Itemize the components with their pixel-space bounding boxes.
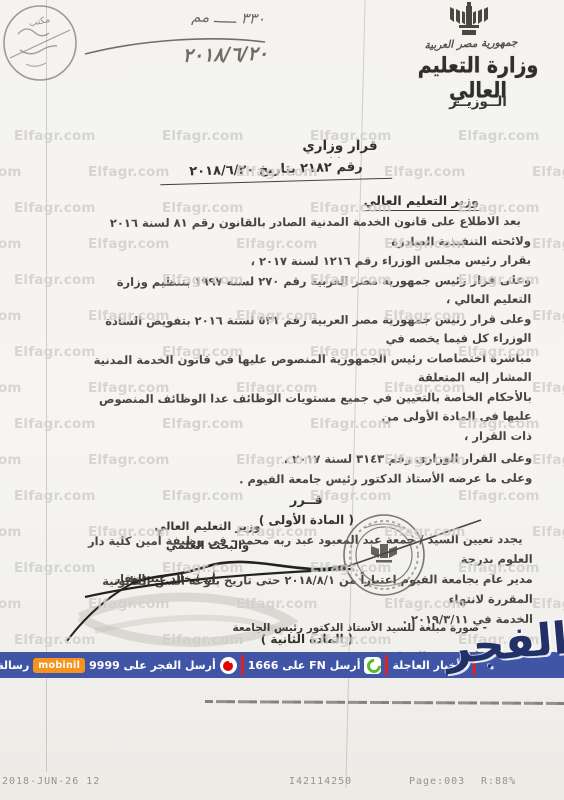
vodafone-sms-label: أرسل الفجر على 9999 (89, 659, 216, 672)
ticker-separator (241, 655, 244, 675)
preamble-line: بعد الاطلاع على قانون الخدمة المدنية الص… (79, 212, 531, 253)
elfagr-logo: الفجر (472, 594, 564, 698)
watermark-text: Elfagr.com (88, 164, 170, 180)
preamble-line: ذات القرار ، (80, 426, 532, 448)
watermark-text: Elfagr.com (532, 380, 564, 396)
preamble-line: وعلى قرار رئيس جمهورية مصر العربية رقم ٥… (79, 309, 531, 350)
watermark-text: Elfagr.com (384, 164, 466, 180)
office-stamp-text: مكتب (28, 15, 51, 29)
watermark-text: Elfagr.com (0, 596, 22, 612)
watermark-text: Elfagr.com (532, 164, 564, 180)
preamble-line: بالأحكام الخاصة بالتعيين في جميع مستويات… (80, 387, 532, 428)
ministry-seal-stamp (335, 508, 485, 608)
minister-signature (55, 545, 365, 650)
watermark-text: Elfagr.com (0, 524, 22, 540)
etisalat-icon (364, 657, 381, 674)
watermark-text: Elfagr.com (532, 308, 564, 324)
decree-number-line: رقم ٢١٨٢ بتاريخ ٢٠١٨/٦/٢٠ (160, 159, 392, 185)
watermark-text: Elfagr.com (0, 452, 22, 468)
etisalat-sms-label: أرسل FN على 1666 (248, 659, 361, 672)
watermark-text: Elfagr.com (162, 128, 244, 144)
scanned-decree-page: Elfagr.comElfagr.comElfagr.comElfagr.com… (0, 0, 564, 800)
handwritten-date: ٢٠١٨/٦/٢٠ (88, 43, 269, 70)
signatory-name: أ.د / خالد عبد الغفار (103, 573, 227, 585)
republic-name: جمهورية مصر العربية (415, 36, 527, 52)
watermark-text: Elfagr.com (14, 128, 96, 144)
watermark-text: Elfagr.com (532, 524, 564, 540)
preamble-line: بقرار رئيس مجلس الوزراء رقم ١٢١٦ لسنة ٢٠… (79, 251, 531, 273)
signatory-title-line1: وزير التعليم العالي (150, 517, 265, 536)
office-round-stamp: مكتب (0, 2, 80, 84)
fax-resolution: R:88% (481, 776, 516, 787)
preamble-line: وعلى ما عرضه الأستاذ الدكتور رئيس جامعة … (80, 468, 532, 490)
fax-id: I42114250 (289, 776, 352, 787)
clipping-torn-edge (205, 700, 564, 705)
ticker-separator (385, 655, 388, 675)
mobinil-badge: mobinil (33, 658, 85, 673)
preamble-line: مباشرة اختصاصات رئيس الجمهورية المنصوص ع… (80, 348, 532, 389)
preamble-line: وعلى القرار الوزارى رقم ٣١٤٣ لسنة ٢٠١٧ ، (80, 449, 532, 471)
vodafone-icon (220, 657, 237, 674)
watermark-text: Elfagr.com (0, 164, 22, 180)
watermark-text: Elfagr.com (0, 236, 22, 252)
preamble-line: وعلى قرار رئيس جمهورية مصر العربية رقم ٢… (79, 270, 531, 311)
watermark-text: Elfagr.com (0, 380, 22, 396)
issuer-heading: وزير التعليم العالي (364, 193, 479, 211)
decree-kind-heading: قرار وزاري (290, 138, 390, 154)
watermark-text: Elfagr.com (532, 236, 564, 252)
mobinil-sms-label: رسالة فاضية لـ 4529 (0, 659, 29, 672)
fax-date: 2018-JUN-26 12 (2, 776, 100, 787)
handwritten-serial: ٣٣٠ ـــــ مم (95, 4, 266, 28)
fax-page-number: Page:003 (409, 776, 465, 787)
watermark-text: Elfagr.com (0, 308, 22, 324)
watermark-text: Elfagr.com (458, 128, 540, 144)
watermark-text: Elfagr.com (532, 452, 564, 468)
minister-title: الــوزيــر (396, 94, 560, 110)
egypt-eagle-emblem-icon (447, 2, 491, 38)
